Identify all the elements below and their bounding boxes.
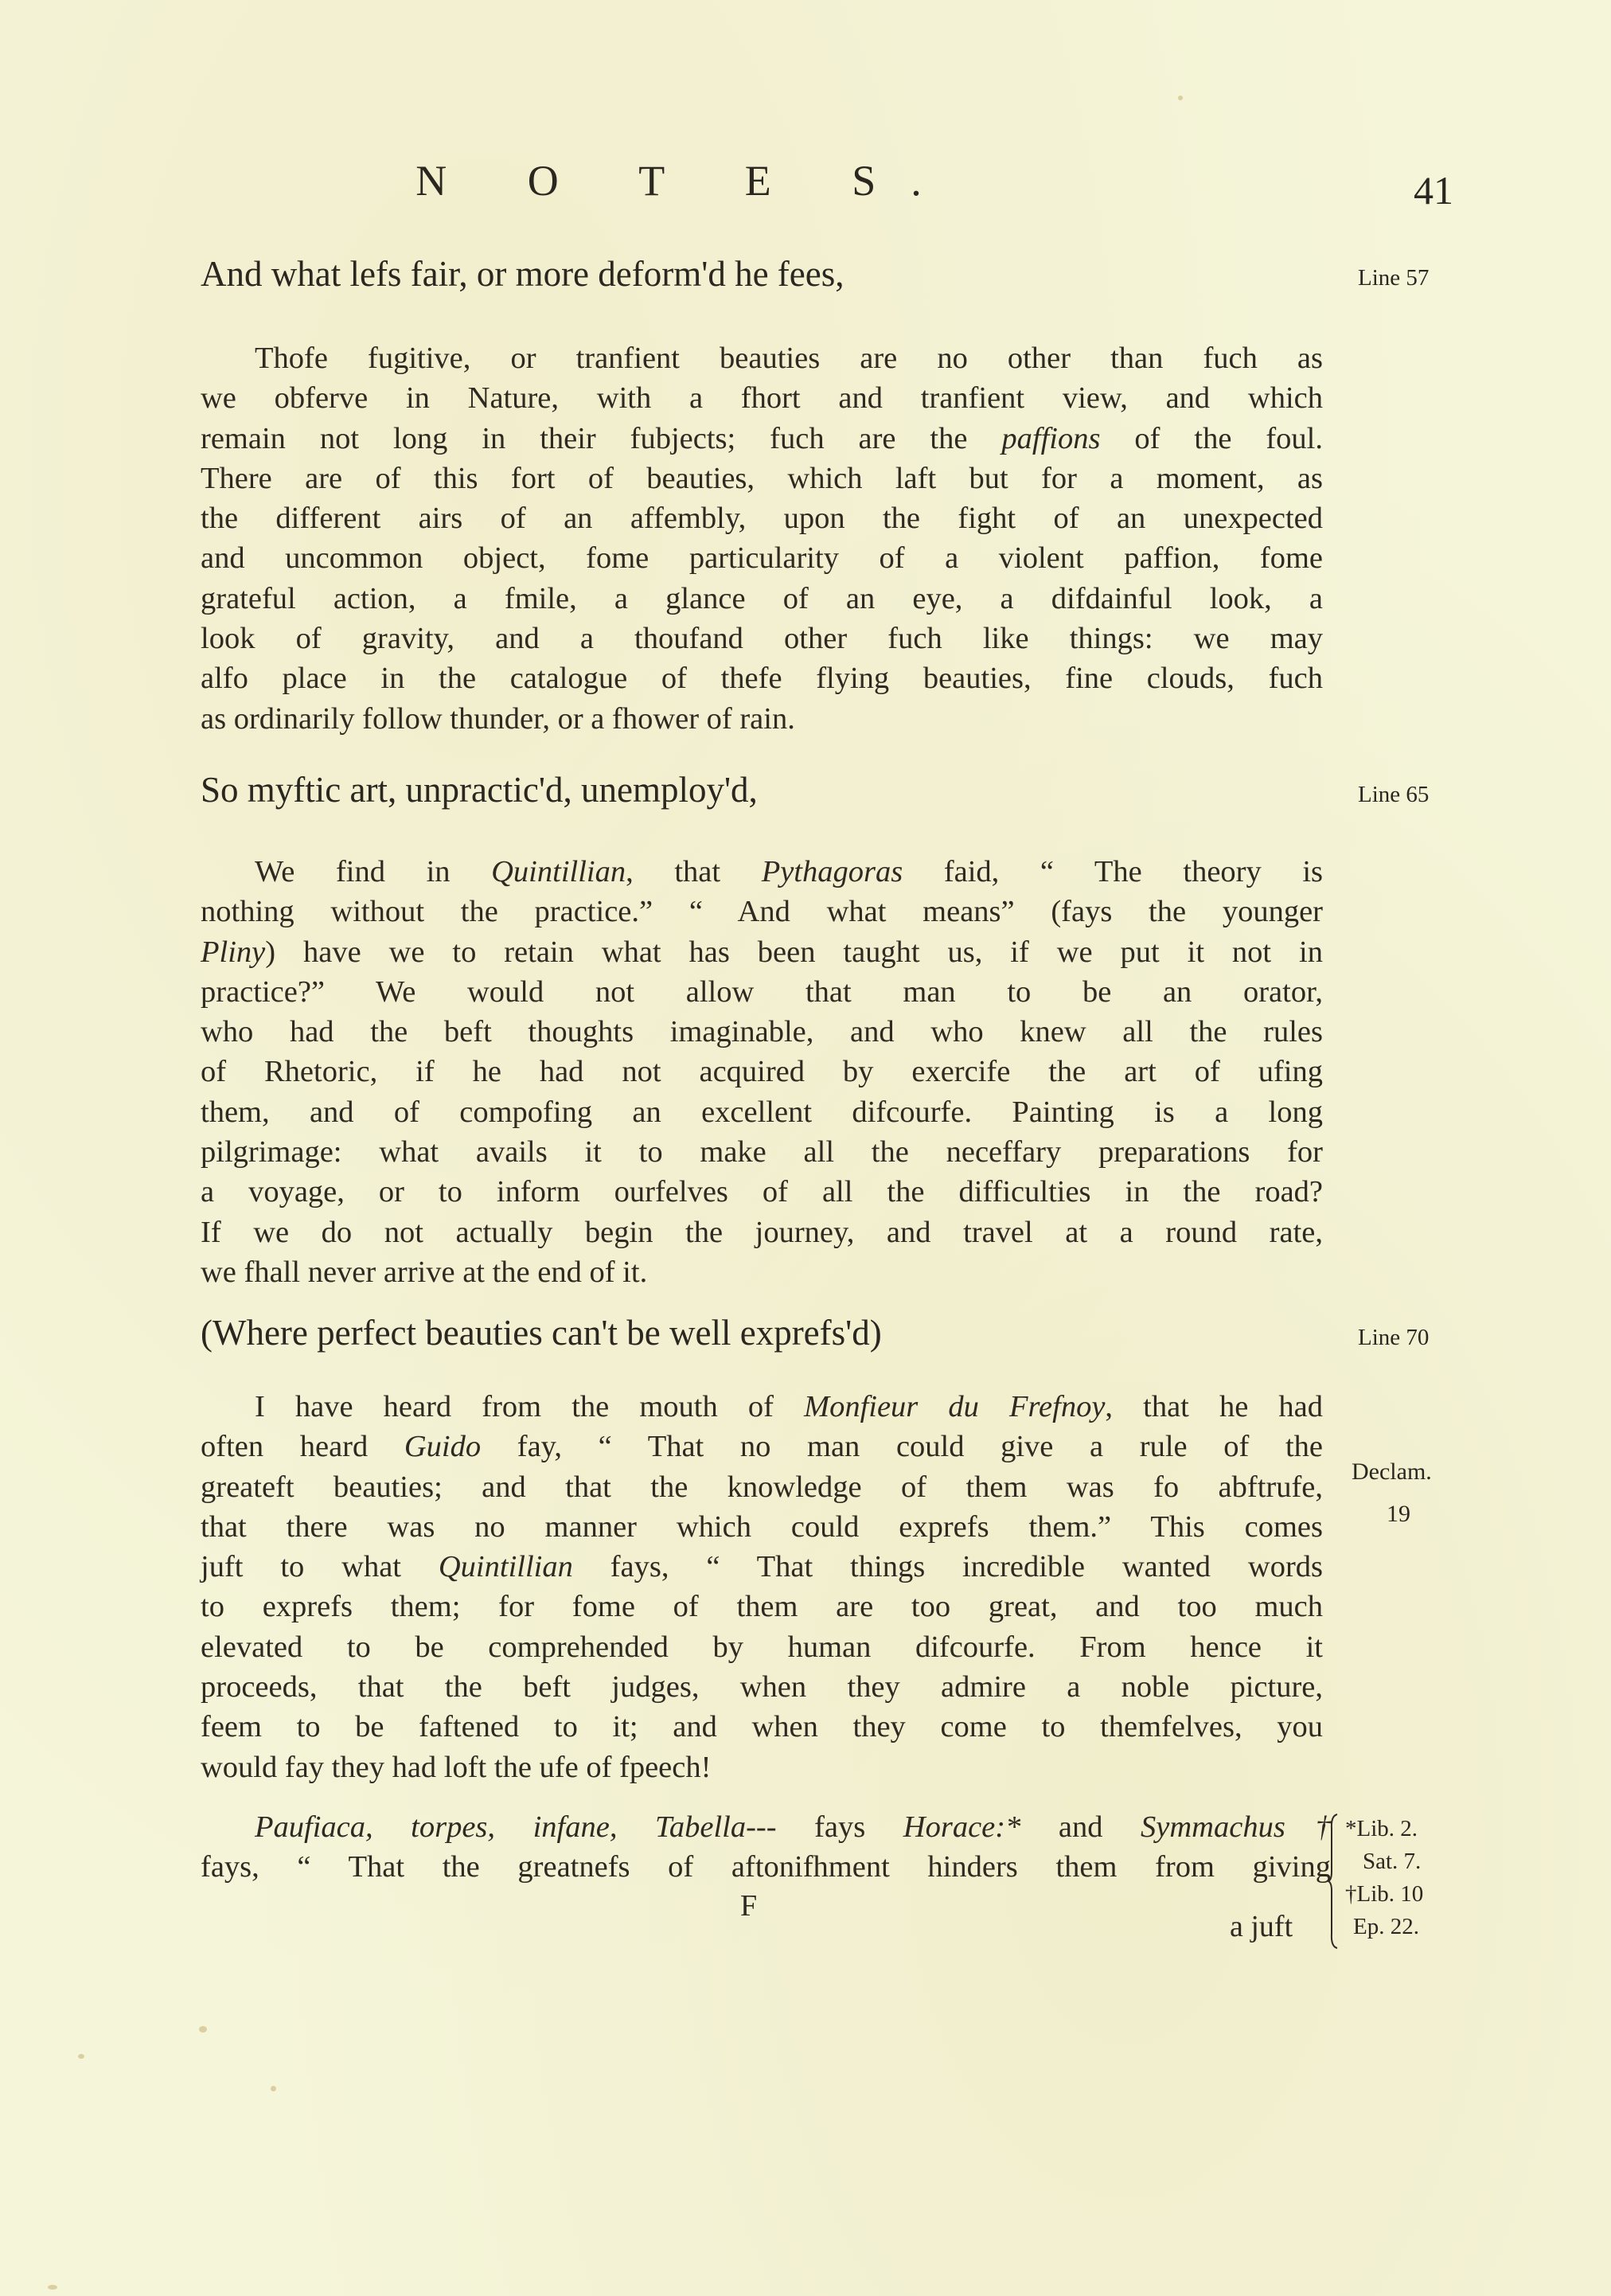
foxing-speck xyxy=(78,2054,84,2059)
text-line: I have heard from the mouth of Monfieur … xyxy=(201,1387,1323,1427)
text-line: alfo place in the catalogue of thefe fly… xyxy=(201,658,1323,698)
brace-icon xyxy=(1328,1813,1339,1950)
foxing-speck xyxy=(1178,96,1183,100)
citation-4: Ep. 22. xyxy=(1353,1915,1419,1939)
text-line: and uncommon object, fome particularity … xyxy=(201,538,1323,578)
text-line: would fay they had loft the ufe of fpeec… xyxy=(201,1747,1323,1787)
text-line: greateft beauties; and that the knowledg… xyxy=(201,1467,1323,1507)
citation-3: †Lib. 10 xyxy=(1345,1883,1423,1906)
citation-1: *Lib. 2. xyxy=(1345,1818,1418,1841)
text-line: we fhall never arrive at the end of it. xyxy=(201,1252,1323,1292)
line-reference-3: Line 70 xyxy=(1358,1325,1429,1351)
line-reference-1: Line 57 xyxy=(1358,265,1429,291)
running-head-text: N O T E S. xyxy=(415,157,957,205)
text-line: that there was no manner which could exp… xyxy=(201,1507,1323,1547)
text-line: as ordinarily follow thunder, or a fhowe… xyxy=(201,699,1323,739)
running-head: N O T E S. xyxy=(0,156,1611,205)
citation-2: Sat. 7. xyxy=(1363,1850,1421,1873)
text-line: of Rhetoric, if he had not acquired by e… xyxy=(201,1052,1323,1091)
text-line: Paufiaca, torpes, infane, Tabella--- fay… xyxy=(201,1807,1331,1847)
text-line: the different airs of an affembly, upon … xyxy=(201,498,1323,538)
text-line: look of gravity, and a thoufand other fu… xyxy=(201,619,1323,658)
text-line: elevated to be comprehended by human dif… xyxy=(201,1627,1323,1667)
note-paragraph-4: Paufiaca, torpes, infane, Tabella--- fay… xyxy=(201,1807,1331,1888)
text-line: fays, “ That the greatnefs of aftonifhme… xyxy=(201,1847,1331,1887)
text-line: them, and of compofing an excellent difc… xyxy=(201,1092,1323,1132)
page-number: 41 xyxy=(1414,167,1453,213)
note-paragraph-2: We find in Quintillian, that Pythagoras … xyxy=(201,852,1323,1292)
signature-mark: F xyxy=(740,1888,757,1923)
text-line: Thofe fugitive, or tranfient beauties ar… xyxy=(201,338,1323,378)
text-line: feem to be faftened to it; and when they… xyxy=(201,1707,1323,1747)
verse-heading-2: So myftic art, unpractic'd, unemploy'd, xyxy=(201,769,758,810)
text-line: grateful action, a fmile, a glance of an… xyxy=(201,579,1323,619)
text-line: remain not long in their fubjects; fuch … xyxy=(201,419,1323,459)
verse-heading-3: (Where perfect beauties can't be well ex… xyxy=(201,1312,882,1353)
text-line: There are of this fort of beauties, whic… xyxy=(201,459,1323,498)
catchword: a juft xyxy=(1230,1909,1293,1944)
text-line: juft to what Quintillian fays, “ That th… xyxy=(201,1547,1323,1587)
text-line: nothing without the practice.” “ And wha… xyxy=(201,892,1323,931)
text-line: often heard Guido fay, “ That no man cou… xyxy=(201,1427,1323,1466)
note-paragraph-1: Thofe fugitive, or tranfient beauties ar… xyxy=(201,338,1323,739)
text-line: If we do not actually begin the journey,… xyxy=(201,1212,1323,1252)
text-line: practice?” We would not allow that man t… xyxy=(201,972,1323,1012)
text-line: a voyage, or to inform ourfelves of all … xyxy=(201,1172,1323,1212)
text-line: who had the beft thoughts imaginable, an… xyxy=(201,1012,1323,1052)
line-reference-2: Line 65 xyxy=(1358,782,1429,808)
margin-note-declam: Declam. xyxy=(1352,1458,1432,1486)
foxing-speck xyxy=(48,2285,57,2290)
text-line: to exprefs them; for fome of them are to… xyxy=(201,1587,1323,1626)
verse-heading-1: And what lefs fair, or more deform'd he … xyxy=(201,253,845,295)
text-line: pilgrimage: what avails it to make all t… xyxy=(201,1132,1323,1172)
margin-note-number: 19 xyxy=(1387,1501,1410,1528)
text-line: we obferve in Nature, with a fhort and t… xyxy=(201,378,1323,418)
note-paragraph-3: I have heard from the mouth of Monfieur … xyxy=(201,1387,1323,1787)
text-line: We find in Quintillian, that Pythagoras … xyxy=(201,852,1323,892)
text-line: Pliny) have we to retain what has been t… xyxy=(201,932,1323,972)
book-page: N O T E S. 41 And what lefs fair, or mor… xyxy=(0,0,1611,2296)
foxing-speck xyxy=(199,2026,207,2032)
text-line: proceeds, that the beft judges, when the… xyxy=(201,1667,1323,1707)
foxing-speck xyxy=(271,2086,276,2091)
